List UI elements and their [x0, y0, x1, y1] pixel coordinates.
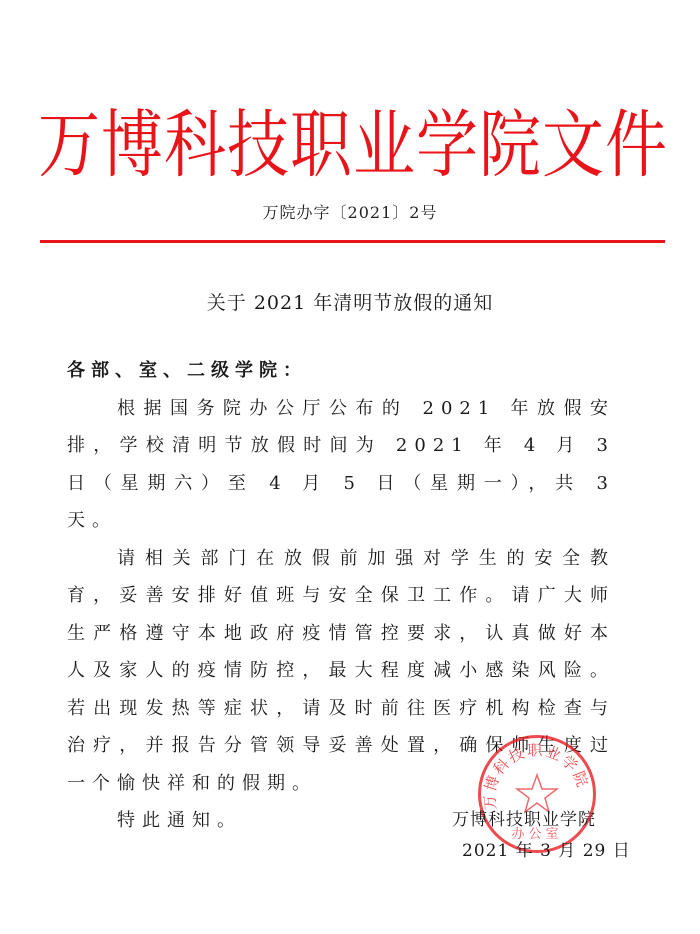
document-header-title: 万博科技职业学院文件	[38, 98, 668, 192]
document-number: 万院办字〔2021〕2号	[0, 200, 700, 223]
salutation: 各部、室、二级学院：	[67, 352, 615, 390]
signature-date: 2021 年 3 月 29 日	[462, 836, 612, 861]
header-divider	[40, 240, 665, 243]
notice-title: 关于 2021 年清明节放假的通知	[0, 288, 700, 315]
signature-block: 万博科技职业学院 2021 年 3 月 29 日	[452, 805, 612, 861]
signature-organization: 万博科技职业学院	[452, 805, 612, 830]
paragraph-holiday-schedule: 根据国务院办公厅公布的 2021 年放假安排，学校清明节放假时间为 2021 年…	[67, 390, 615, 540]
